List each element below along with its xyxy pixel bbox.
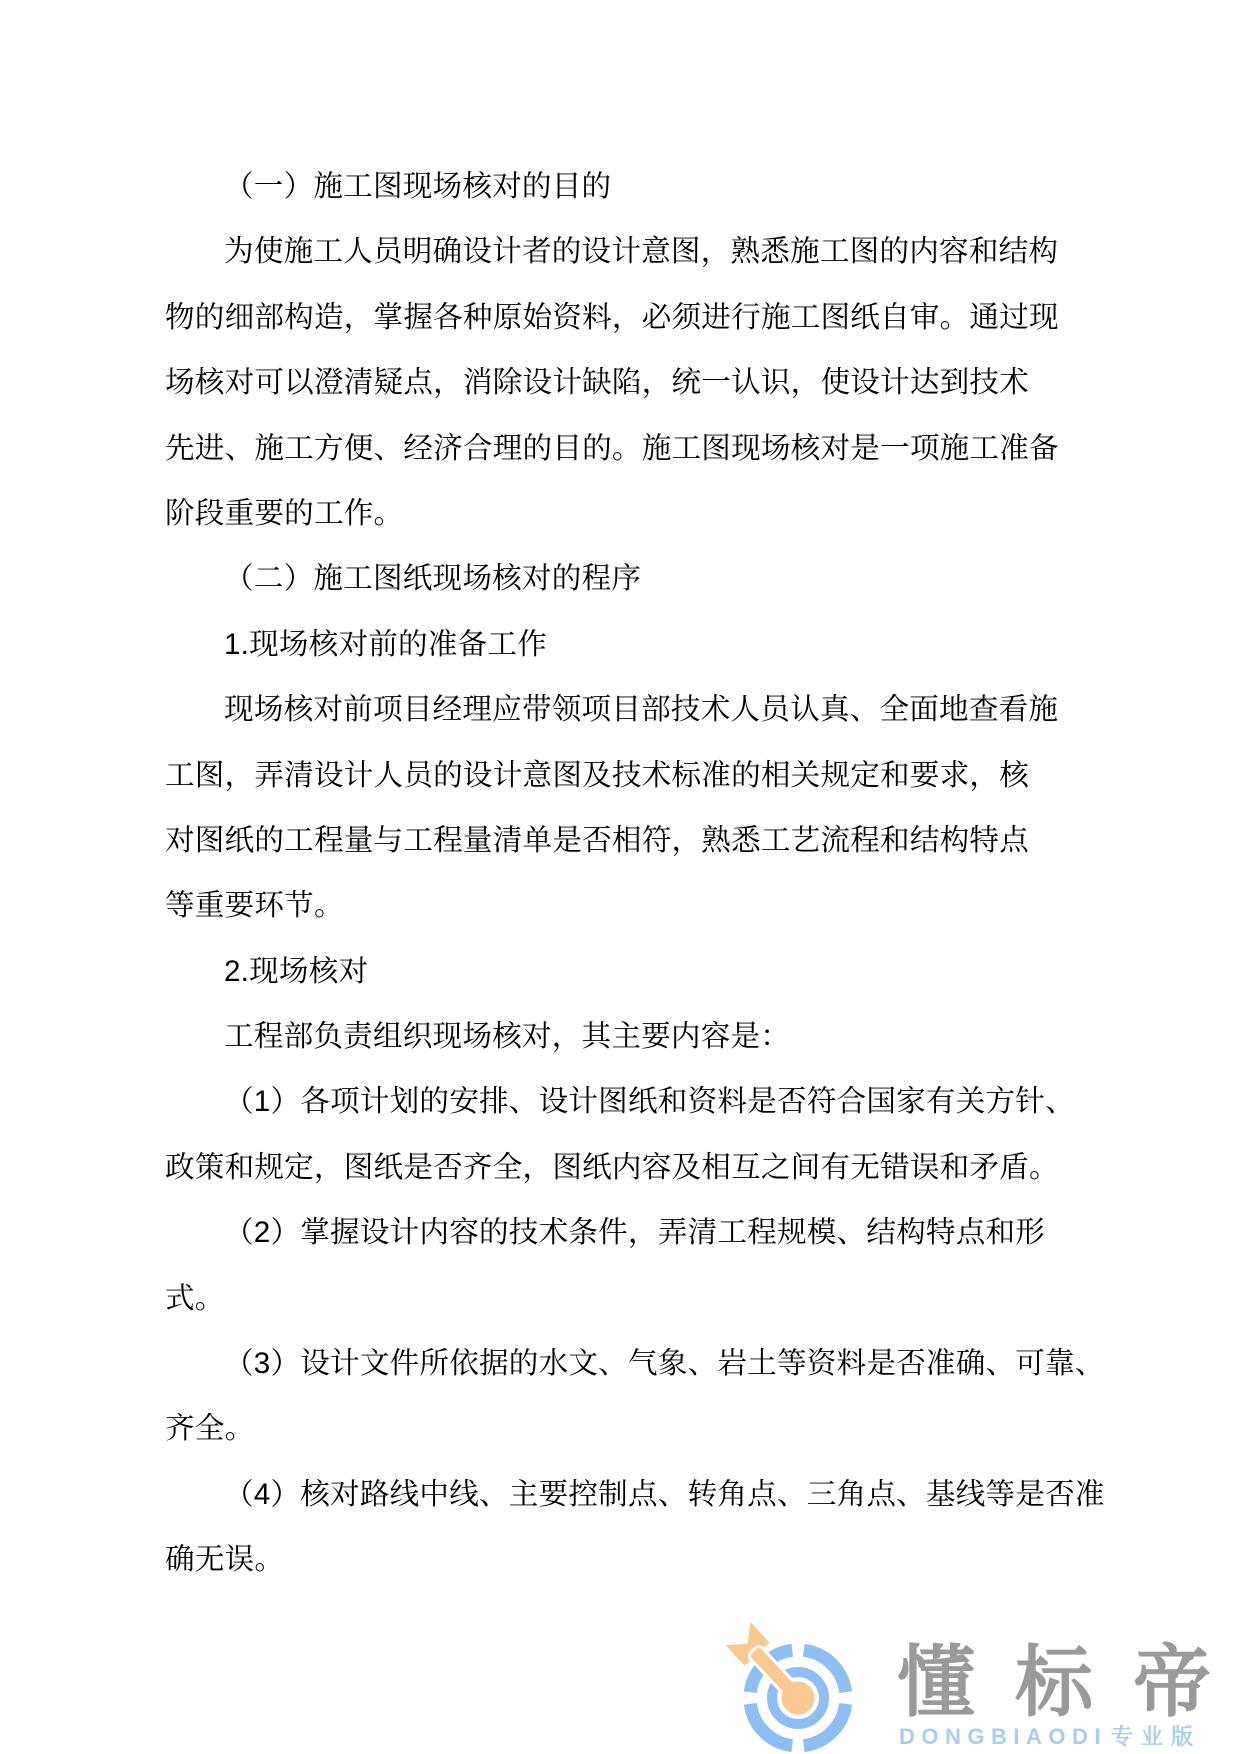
document-page: （一）施工图现场核对的目的为使施工人员明确设计者的设计意图，熟悉施工图的内容和结… (0, 0, 1241, 1754)
document-text-block: （一）施工图现场核对的目的为使施工人员明确设计者的设计意图，熟悉施工图的内容和结… (165, 154, 1055, 1593)
text-line: 先进、施工方便、经济合理的目的。施工图现场核对是一项施工准备 (165, 416, 1055, 481)
text-line: 物的细部构造，掌握各种原始资料，必须进行施工图纸自审。通过现 (165, 285, 1055, 350)
text-line: 1.现场核对前的准备工作 (165, 612, 1055, 677)
text-line: （4）核对路线中线、主要控制点、转角点、三角点、基线等是否准 (165, 1462, 1055, 1527)
text-line: 政策和规定，图纸是否齐全，图纸内容及相互之间有无错误和矛盾。 (165, 1135, 1055, 1200)
text-line: （一）施工图现场核对的目的 (165, 154, 1055, 219)
target-outer-ring (750, 1650, 846, 1746)
watermark-subtitle: DONGBIAODI专业版 (899, 1726, 1201, 1748)
text-line: 等重要环节。 (165, 873, 1055, 938)
text-line: 现场核对前项目经理应带领项目部技术人员认真、全面地查看施 (165, 677, 1055, 742)
watermark-edition-label: 专业版 (1111, 1724, 1201, 1749)
arrow-group (726, 1622, 822, 1722)
bullseye-center-dot (775, 1675, 822, 1722)
text-line: 为使施工人员明确设计者的设计意图，熟悉施工图的内容和结构 (165, 219, 1055, 284)
text-line: 2.现场核对 (165, 939, 1055, 1004)
text-line: 工程部负责组织现场核对，其主要内容是： (165, 1004, 1055, 1069)
text-line: 确无误。 (165, 1527, 1055, 1592)
arrow-fletching (726, 1622, 770, 1666)
watermark-brand-text: 懂标帝 (897, 1643, 1241, 1721)
text-line: 对图纸的工程量与工程量清单是否相符，熟悉工艺流程和结构特点 (165, 808, 1055, 873)
text-line: 齐全。 (165, 1396, 1055, 1461)
text-line: 场核对可以澄清疑点，消除设计缺陷，统一认识，使设计达到技术 (165, 350, 1055, 415)
arrow-shaft (750, 1647, 806, 1706)
target-middle-ring (772, 1672, 824, 1724)
text-line: 式。 (165, 1266, 1055, 1331)
watermark-brand-latin: DONGBIAODI (899, 1724, 1107, 1749)
text-line: 工图，弄清设计人员的设计意图及技术标准的相关规定和要求，核 (165, 743, 1055, 808)
dongbiaodi-logo-icon (725, 1615, 875, 1754)
text-line: 阶段重要的工作。 (165, 481, 1055, 546)
text-line: （3）设计文件所依据的水文、气象、岩土等资料是否准确、可靠、 (165, 1331, 1055, 1396)
text-line: （1）各项计划的安排、设计图纸和资料是否符合国家有关方针、 (165, 1069, 1055, 1134)
text-line: （二）施工图纸现场核对的程序 (165, 546, 1055, 611)
text-line: （2）掌握设计内容的技术条件，弄清工程规模、结构特点和形 (165, 1200, 1055, 1265)
